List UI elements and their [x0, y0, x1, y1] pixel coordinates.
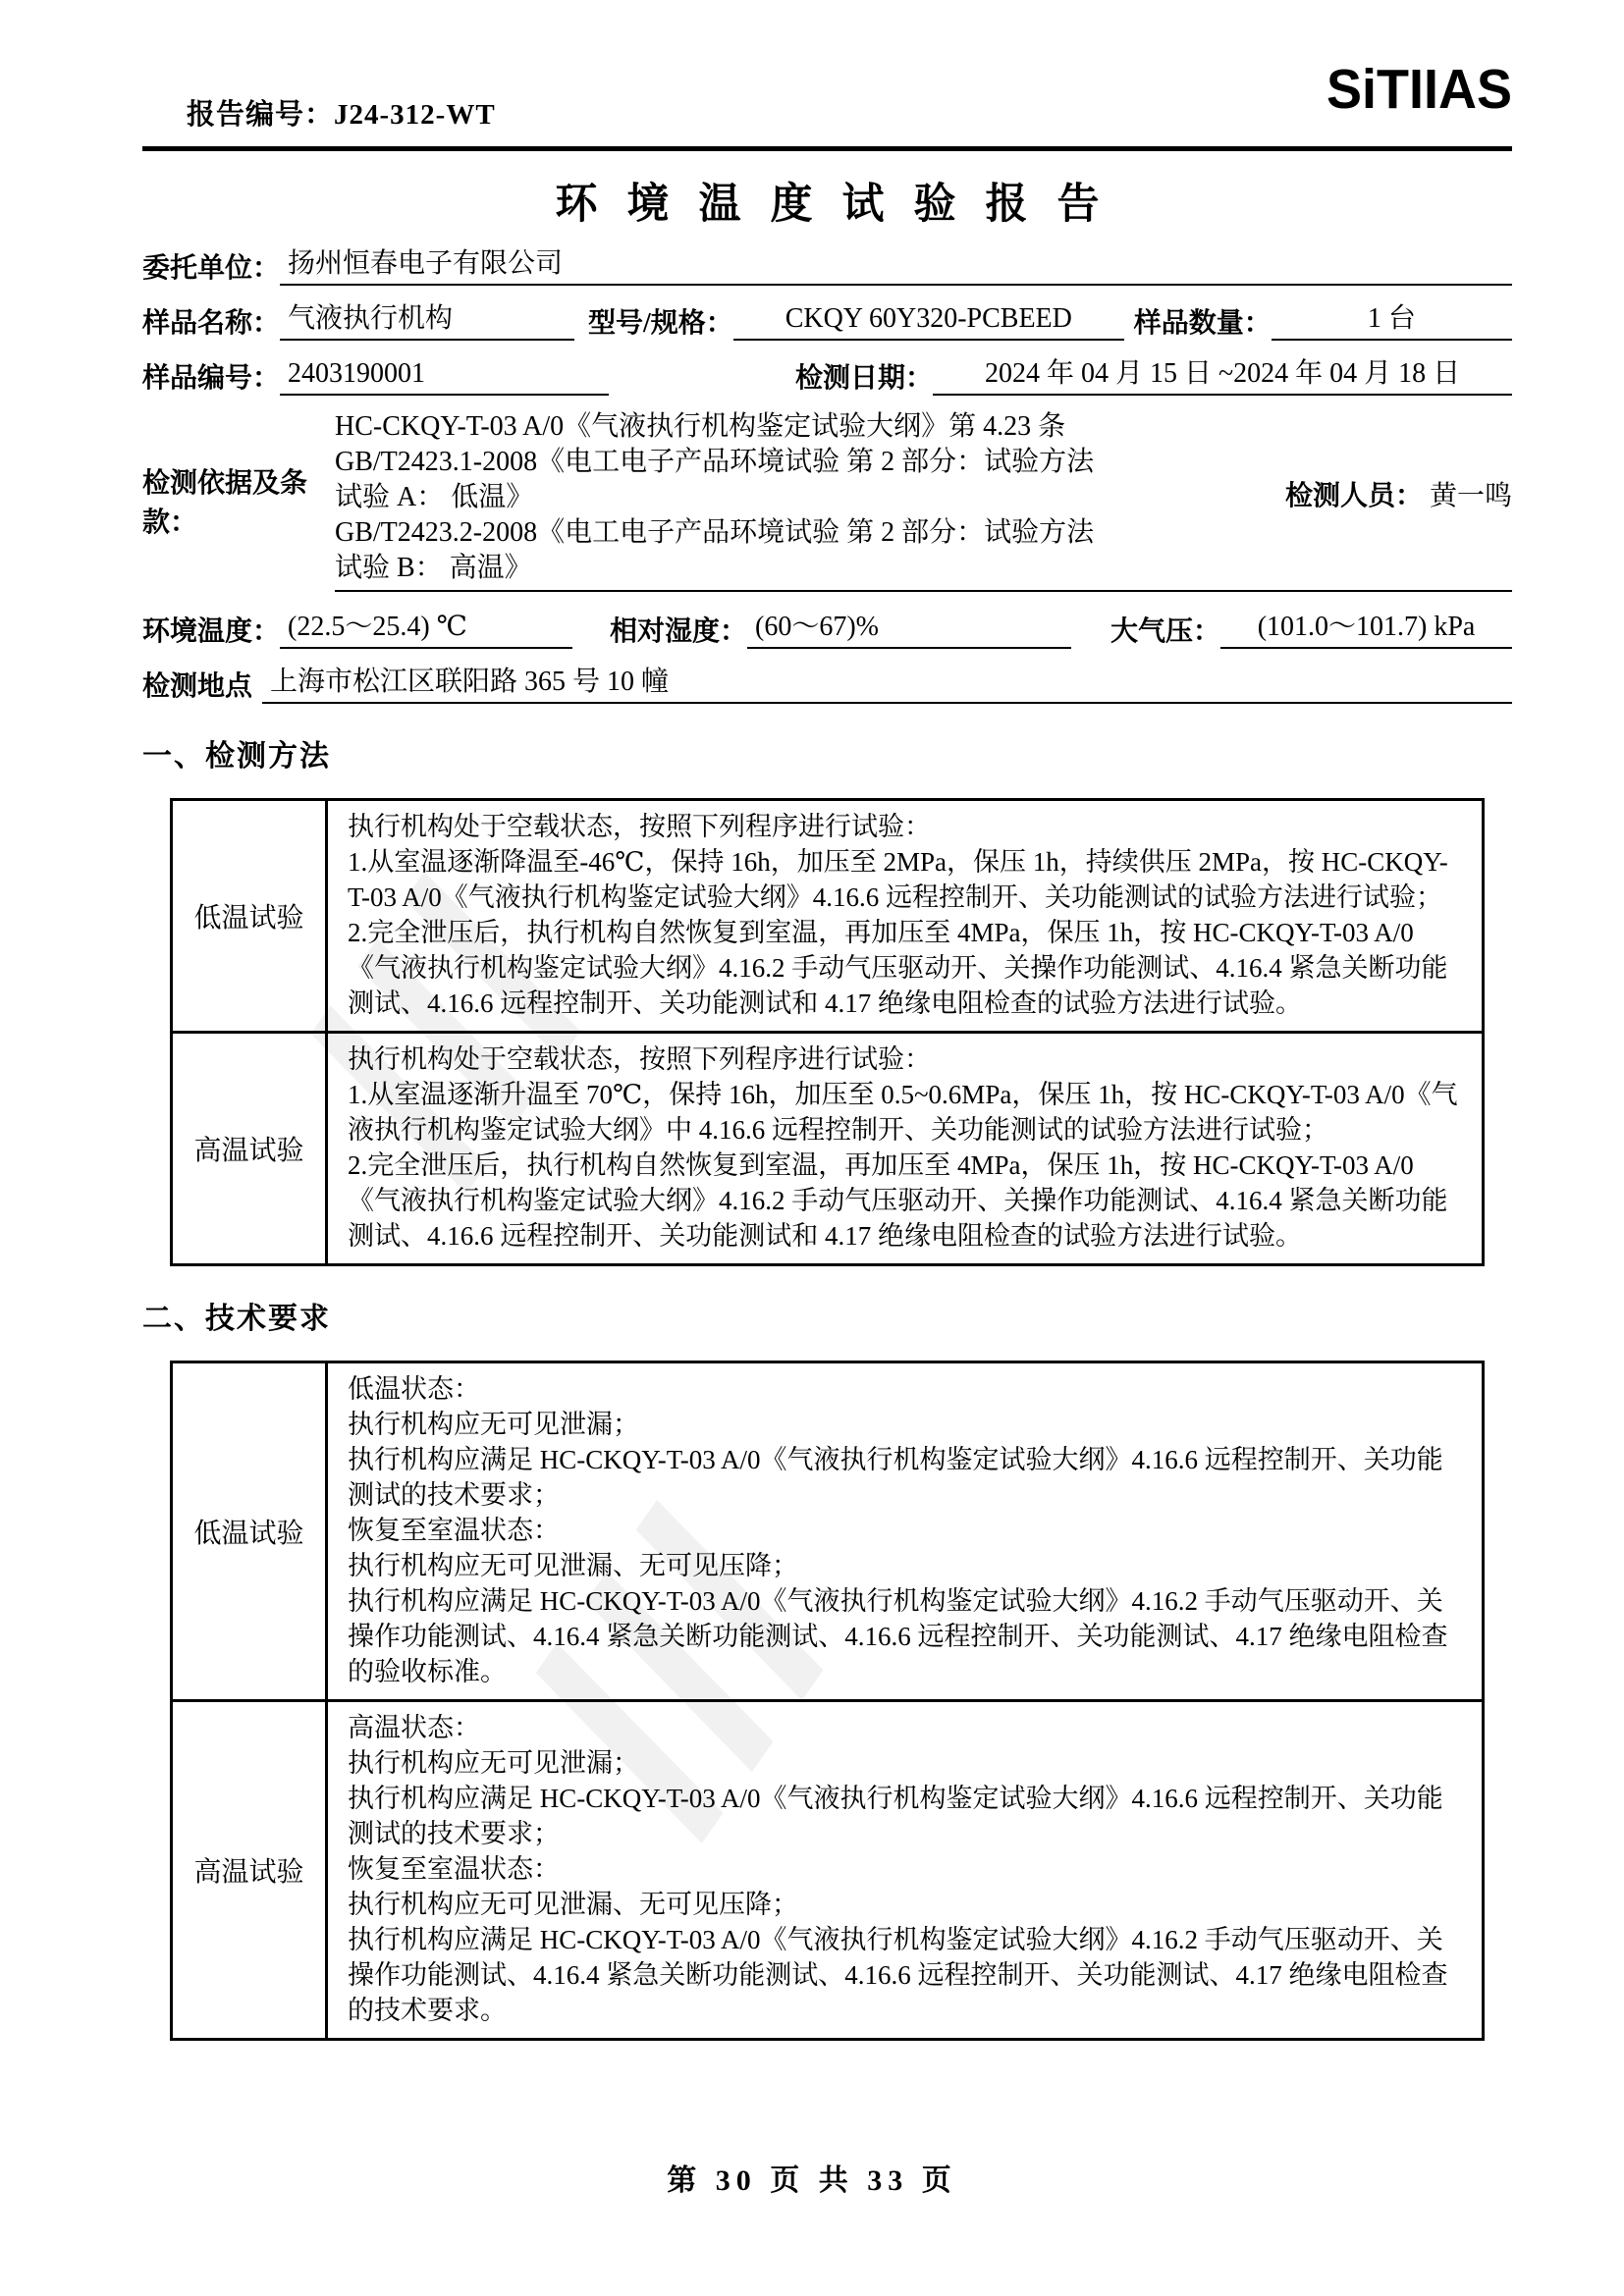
paragraph: 执行机构应无可见泄漏； — [348, 1745, 1464, 1781]
client-label: 委托单位： — [142, 251, 280, 286]
report-content: 报告编号：J24-312-WT SiTIIAS 环境温度试验报告 委托单位： 扬… — [142, 0, 1512, 2041]
test-date-value: 2024 年 04 月 15 日 ~2024 年 04 月 18 日 — [933, 356, 1512, 396]
row-body: 执行机构处于空载状态，按照下列程序进行试验： 1.从室温逐渐降温至-46℃，保持… — [327, 800, 1484, 1033]
requirement-table: 低温试验 低温状态： 执行机构应无可见泄漏； 执行机构应满足 HC-CKQY-T… — [170, 1361, 1485, 2041]
humidity-value: (60～67)% — [747, 610, 1071, 649]
basis-label: 检测依据及条款： — [142, 461, 335, 540]
row-label-high-temp: 高温试验 — [172, 1033, 327, 1265]
report-page: /// /// 报告编号：J24-312-WT SiTIIAS 环境温度试验报告… — [0, 0, 1624, 2296]
paragraph: 恢复至室温状态： — [348, 1513, 1464, 1548]
paragraph: 执行机构应满足 HC-CKQY-T-03 A/0《气液执行机构鉴定试验大纲》4.… — [348, 1922, 1464, 2028]
paragraph: 执行机构应满足 HC-CKQY-T-03 A/0《气液执行机构鉴定试验大纲》4.… — [348, 1781, 1464, 1851]
paragraph: 执行机构应无可见泄漏； — [348, 1407, 1464, 1442]
table-row: 高温试验 高温状态： 执行机构应无可见泄漏； 执行机构应满足 HC-CKQY-T… — [172, 1701, 1484, 2040]
client-value: 扬州恒春电子有限公司 — [280, 246, 1512, 286]
paragraph: 高温状态： — [348, 1710, 1464, 1745]
tester-value: 黄一鸣 — [1430, 481, 1512, 511]
table-row: 低温试验 执行机构处于空载状态，按照下列程序进行试验： 1.从室温逐渐降温至-4… — [172, 800, 1484, 1033]
basis-line: GB/T2423.2-2008《电工电子产品环境试验 第 2 部分：试验方法 — [335, 515, 1512, 551]
report-number-label: 报告编号： — [187, 99, 334, 131]
report-header: 报告编号：J24-312-WT SiTIIAS — [142, 0, 1512, 151]
table-row: 低温试验 低温状态： 执行机构应无可见泄漏； 执行机构应满足 HC-CKQY-T… — [172, 1362, 1484, 1701]
tester-label: 检测人员： — [1285, 481, 1423, 511]
paragraph: 2.完全泄压后，执行机构自然恢复到室温，再加压至 4MPa，保压 1h，按 HC… — [348, 915, 1464, 1021]
sample-name-label: 样品名称： — [142, 306, 280, 341]
quantity-value: 1 台 — [1272, 301, 1512, 341]
paragraph: 执行机构应满足 HC-CKQY-T-03 A/0《气液执行机构鉴定试验大纲》4.… — [348, 1583, 1464, 1689]
client-row: 委托单位： 扬州恒春电子有限公司 — [142, 246, 1512, 286]
basis-row: 检测依据及条款： HC-CKQY-T-03 A/0《气液执行机构鉴定试验大纲》第… — [142, 409, 1512, 592]
row-label-low-temp: 低温试验 — [172, 800, 327, 1033]
tester: 检测人员： 黄一鸣 — [1285, 474, 1512, 513]
paragraph: 执行机构应无可见泄漏、无可见压降； — [348, 1887, 1464, 1922]
paragraph: 2.完全泄压后，执行机构自然恢复到室温，再加压至 4MPa，保压 1h，按 HC… — [348, 1148, 1464, 1254]
paragraph: 执行机构处于空载状态，按照下列程序进行试验： — [348, 809, 1464, 844]
row-body: 高温状态： 执行机构应无可见泄漏； 执行机构应满足 HC-CKQY-T-03 A… — [327, 1701, 1484, 2040]
paragraph: 1.从室温逐渐降温至-46℃，保持 16h，加压至 2MPa，保压 1h，持续供… — [348, 844, 1464, 915]
basis-line: 试验 B： 高温》 — [335, 551, 1512, 586]
section1-heading: 一、检测方法 — [142, 731, 1512, 774]
row-body: 低温状态： 执行机构应无可见泄漏； 执行机构应满足 HC-CKQY-T-03 A… — [327, 1362, 1484, 1701]
location-row: 检测地点 上海市松江区联阳路 365 号 10 幢 — [142, 665, 1512, 704]
sample-no-label: 样品编号： — [142, 361, 280, 396]
row-body: 执行机构处于空载状态，按照下列程序进行试验： 1.从室温逐渐升温至 70℃，保持… — [327, 1033, 1484, 1265]
report-number: 报告编号：J24-312-WT — [187, 92, 496, 133]
sample-no-row: 样品编号： 2403190001 检测日期： 2024 年 04 月 15 日 … — [142, 356, 1512, 396]
pressure-label: 大气压： — [1110, 614, 1220, 649]
row-label-high-temp: 高温试验 — [172, 1701, 327, 2040]
page-footer: 第 30 页 共 33 页 — [0, 2156, 1624, 2199]
humidity-label: 相对湿度： — [610, 614, 747, 649]
page-title: 环境温度试验报告 — [142, 171, 1512, 231]
model-label: 型号/规格： — [588, 306, 733, 341]
sitiias-logo: SiTIIAS — [1326, 57, 1512, 121]
environment-row: 环境温度： (22.5～25.4) ℃ 相对湿度： (60～67)% 大气压： … — [142, 610, 1512, 649]
table-row: 高温试验 执行机构处于空载状态，按照下列程序进行试验： 1.从室温逐渐升温至 7… — [172, 1033, 1484, 1265]
location-label: 检测地点 — [142, 669, 252, 704]
basis-line: HC-CKQY-T-03 A/0《气液执行机构鉴定试验大纲》第 4.23 条 — [335, 409, 1512, 445]
paragraph: 执行机构处于空载状态，按照下列程序进行试验： — [348, 1041, 1464, 1077]
section2-heading: 二、技术要求 — [142, 1294, 1512, 1337]
model-value: CKQY 60Y320-PCBEED — [733, 301, 1124, 341]
report-number-value: J24-312-WT — [334, 99, 496, 131]
sample-name-value: 气液执行机构 — [280, 301, 574, 341]
env-temp-label: 环境温度： — [142, 614, 280, 649]
method-table: 低温试验 执行机构处于空载状态，按照下列程序进行试验： 1.从室温逐渐降温至-4… — [170, 798, 1485, 1266]
quantity-label: 样品数量： — [1134, 306, 1272, 341]
location-value: 上海市松江区联阳路 365 号 10 幢 — [262, 665, 1512, 704]
pressure-value: (101.0～101.7) kPa — [1220, 610, 1512, 649]
paragraph: 执行机构应无可见泄漏、无可见压降； — [348, 1548, 1464, 1583]
row-label-low-temp: 低温试验 — [172, 1362, 327, 1701]
paragraph: 执行机构应满足 HC-CKQY-T-03 A/0《气液执行机构鉴定试验大纲》4.… — [348, 1442, 1464, 1513]
sample-row: 样品名称： 气液执行机构 型号/规格： CKQY 60Y320-PCBEED 样… — [142, 301, 1512, 341]
paragraph: 低温状态： — [348, 1371, 1464, 1407]
env-temp-value: (22.5～25.4) ℃ — [280, 610, 572, 649]
sample-no-value: 2403190001 — [280, 356, 609, 396]
test-date-label: 检测日期： — [795, 361, 933, 396]
paragraph: 1.从室温逐渐升温至 70℃，保持 16h，加压至 0.5~0.6MPa，保压 … — [348, 1077, 1464, 1148]
paragraph: 恢复至室温状态： — [348, 1851, 1464, 1887]
